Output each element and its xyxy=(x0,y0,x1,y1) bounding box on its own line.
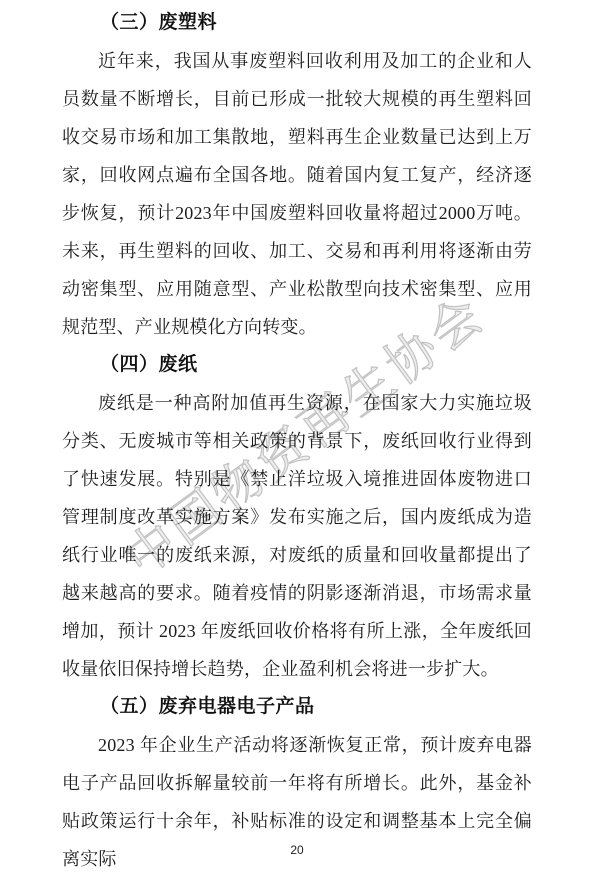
page-content: （三）废塑料 近年来，我国从事废塑料回收利用及加工的企业和人员数量不断增长，目前… xyxy=(62,4,532,878)
section-heading-waste-paper: （四）废纸 xyxy=(62,346,532,384)
section-heading-weee: （五）废弃电器电子产品 xyxy=(62,688,532,726)
paragraph-waste-plastics: 近年来，我国从事废塑料回收利用及加工的企业和人员数量不断增长，目前已形成一批较大… xyxy=(62,42,532,346)
section-heading-waste-plastics: （三）废塑料 xyxy=(62,4,532,42)
paragraph-waste-paper: 废纸是一种高附加值再生资源，在国家大力实施垃圾分类、无废城市等相关政策的背景下，… xyxy=(62,384,532,688)
page-number: 20 xyxy=(290,843,303,857)
document-page: 中国物资再生协会 （三）废塑料 近年来，我国从事废塑料回收利用及加工的企业和人员… xyxy=(0,0,594,878)
page-footer: 20 xyxy=(0,841,594,859)
